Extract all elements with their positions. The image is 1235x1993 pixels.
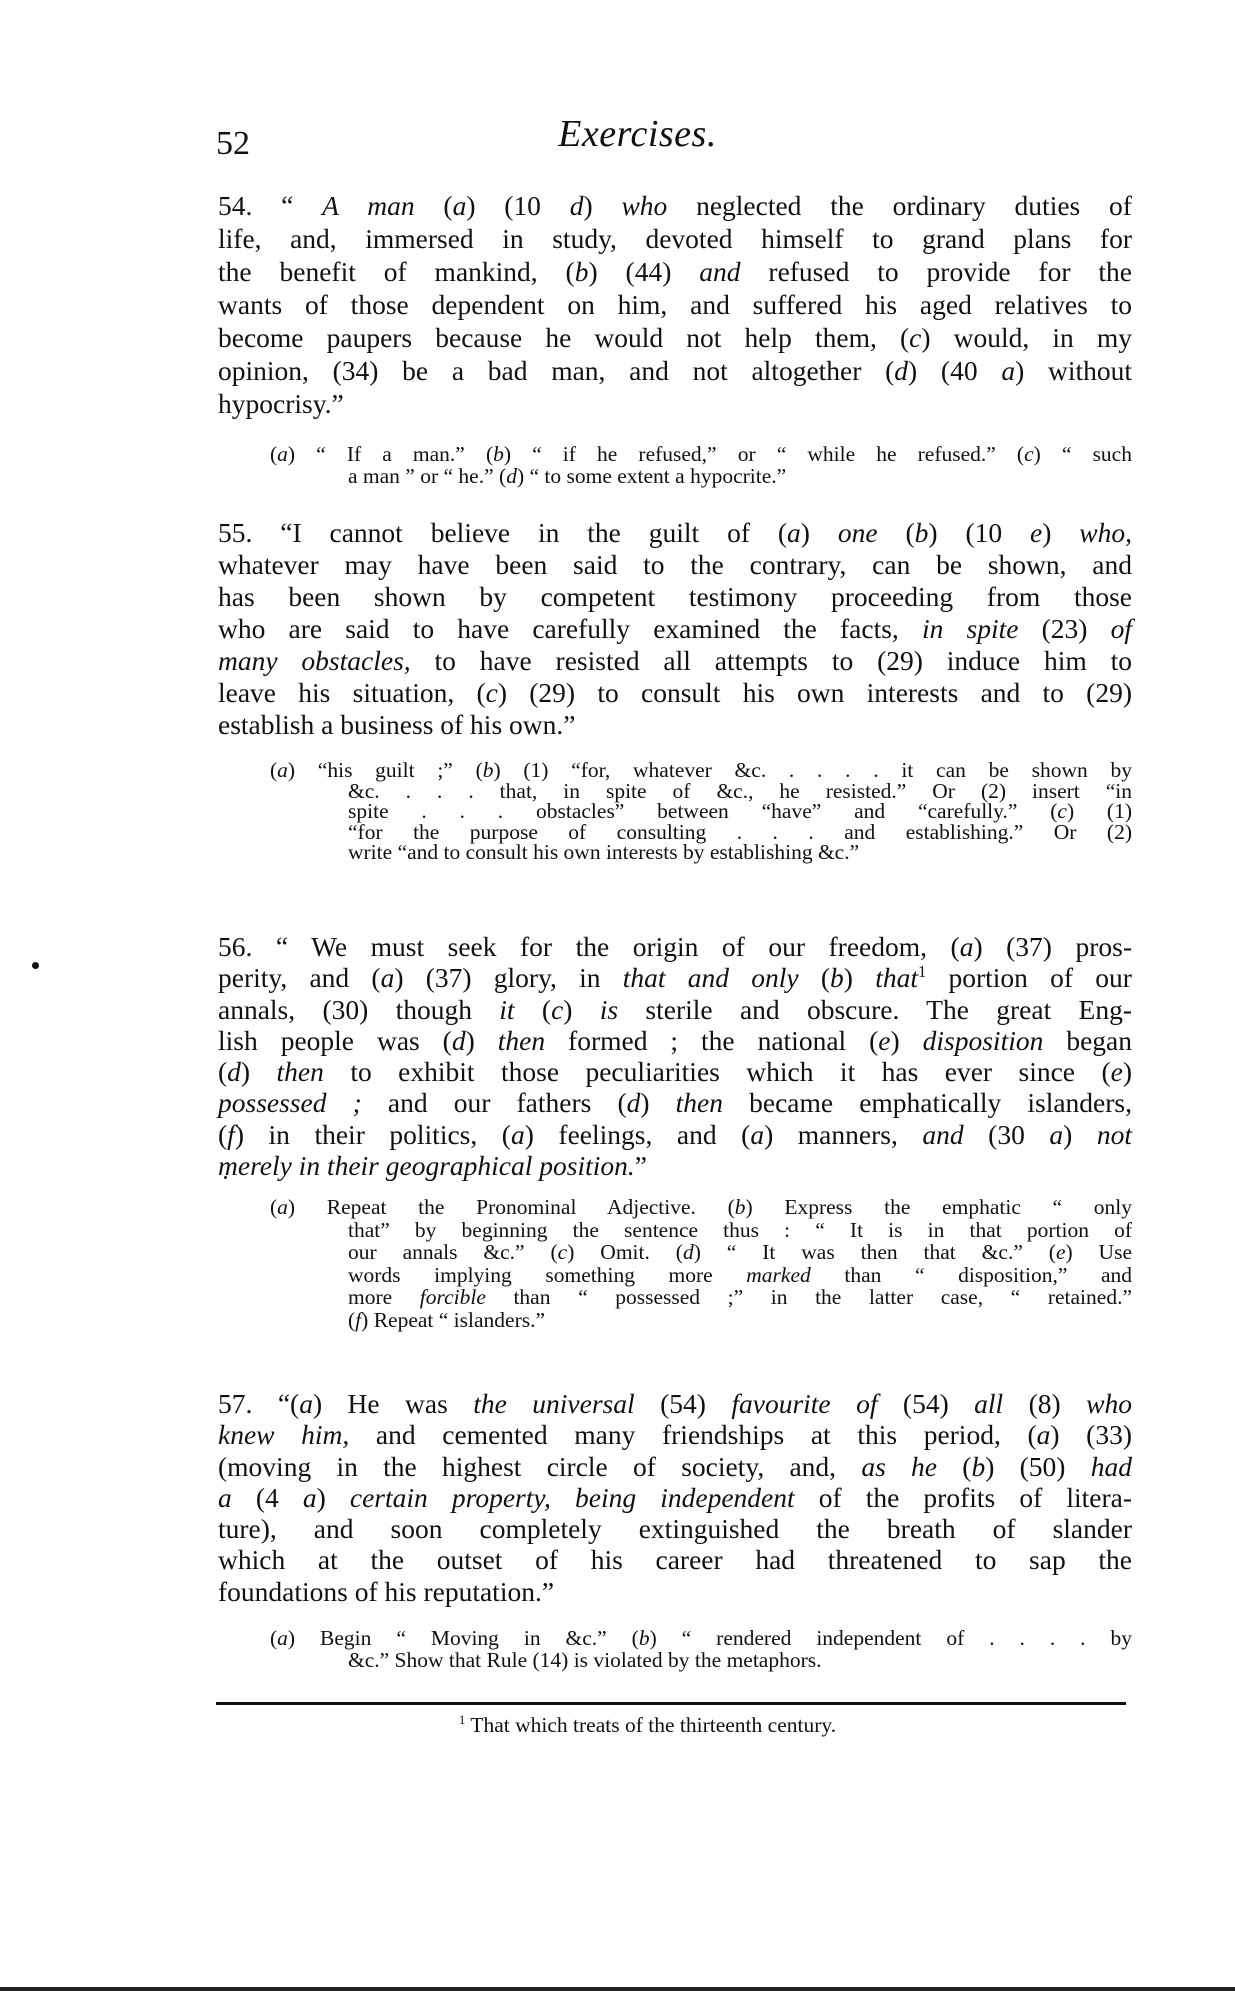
text-line: establish a business of his own.” — [218, 709, 1132, 741]
text-line: ture), and soon completely extinguished … — [218, 1513, 1132, 1544]
text-line: (f) in their politics, (a) feelings, and… — [218, 1119, 1132, 1150]
text-line: spite . . . obstacles” between “have” an… — [218, 801, 1132, 822]
footnote-marker: 1 — [459, 1713, 465, 1727]
text-line: whatever may have been said to the contr… — [218, 549, 1132, 581]
text-line: (a) Repeat the Pronominal Adjective. (b)… — [218, 1196, 1132, 1219]
text-line: become paupers because he would not help… — [218, 321, 1132, 354]
text-line: “for the purpose of consulting . . . and… — [218, 822, 1132, 843]
text-line: annals, (30) though it (c) is sterile an… — [218, 994, 1132, 1025]
text-line: (a) Begin “ Moving in &c.” (b) “ rendere… — [218, 1627, 1132, 1649]
text-line: many obstacles, to have resisted all att… — [218, 645, 1132, 677]
exercise-54-text: 54. “ A man (a) (10 d) who neglected the… — [218, 189, 1132, 420]
text-line: who are said to have carefully examined … — [218, 613, 1132, 645]
text-line: 54. “ A man (a) (10 d) who neglected the… — [218, 189, 1132, 222]
footnote: 1 That which treats of the thirteenth ce… — [0, 1712, 1235, 1738]
text-line: 56. “ We must seek for the origin of our… — [218, 931, 1132, 962]
text-line: hypocrisy.” — [218, 387, 1132, 420]
text-line: words implying something more marked tha… — [218, 1264, 1132, 1287]
text-line: foundations of his reputation.” — [218, 1576, 1132, 1607]
scan-speck — [224, 1176, 227, 1179]
text-line: a (4 a) certain property, being independ… — [218, 1482, 1132, 1513]
exercise-57-text: 57. “(a) He was the universal (54) favou… — [218, 1388, 1132, 1607]
text-line: &c. . . . that, in spite of &c., he resi… — [218, 781, 1132, 802]
running-title: Exercises. — [0, 112, 1235, 156]
text-line: (f) Repeat “ islanders.” — [218, 1309, 1132, 1332]
text-line: &c.” Show that Rule (14) is violated by … — [218, 1649, 1132, 1671]
text-line: perity, and (a) (37) glory, in that and … — [218, 962, 1132, 993]
footnote-divider — [216, 1702, 1126, 1705]
text-line: that” by beginning the sentence thus : “… — [218, 1219, 1132, 1242]
text-line: leave his situation, (c) (29) to consult… — [218, 677, 1132, 709]
text-line: a man ” or “ he.” (d) “ to some extent a… — [218, 465, 1132, 487]
exercise-56-text: 56. “ We must seek for the origin of our… — [218, 931, 1132, 1181]
text-line: our annals &c.” (c) Omit. (d) “ It was t… — [218, 1241, 1132, 1264]
scan-speck — [32, 962, 39, 969]
text-line: lish people was (d) then formed ; the na… — [218, 1025, 1132, 1056]
text-line: which at the outset of his career had th… — [218, 1544, 1132, 1575]
footnote-text: That which treats of the thirteenth cent… — [470, 1713, 836, 1737]
text-line: write “and to consult his own interests … — [218, 842, 1132, 863]
text-line: (d) then to exhibit those peculiarities … — [218, 1056, 1132, 1087]
exercise-55-notes: (a) “his guilt ;” (b) (1) “for, whatever… — [218, 760, 1132, 863]
exercise-56-notes: (a) Repeat the Pronominal Adjective. (b)… — [218, 1196, 1132, 1331]
exercise-54-notes: (a) “ If a man.” (b) “ if he refused,” o… — [218, 443, 1132, 487]
text-line: (a) “ If a man.” (b) “ if he refused,” o… — [218, 443, 1132, 465]
scan-bottom-edge — [0, 1987, 1235, 1991]
exercise-55-text: 55. “I cannot believe in the guilt of (a… — [218, 517, 1132, 741]
text-line: 55. “I cannot believe in the guilt of (a… — [218, 517, 1132, 549]
text-line: more forcible than “ possessed ;” in the… — [218, 1286, 1132, 1309]
text-line: wants of those dependent on him, and suf… — [218, 288, 1132, 321]
text-line: (moving in the highest circle of society… — [218, 1451, 1132, 1482]
text-line: possessed ; and our fathers (d) then bec… — [218, 1087, 1132, 1118]
text-line: life, and, immersed in study, devoted hi… — [218, 222, 1132, 255]
text-line: (a) “his guilt ;” (b) (1) “for, whatever… — [218, 760, 1132, 781]
exercise-57-notes: (a) Begin “ Moving in &c.” (b) “ rendere… — [218, 1627, 1132, 1671]
text-line: 57. “(a) He was the universal (54) favou… — [218, 1388, 1132, 1419]
text-line: the benefit of mankind, (b) (44) and ref… — [218, 255, 1132, 288]
text-line: has been shown by competent testimony pr… — [218, 581, 1132, 613]
text-line: merely in their geographical position.” — [218, 1150, 1132, 1181]
text-line: opinion, (34) be a bad man, and not alto… — [218, 354, 1132, 387]
text-line: knew him, and cemented many friendships … — [218, 1419, 1132, 1450]
